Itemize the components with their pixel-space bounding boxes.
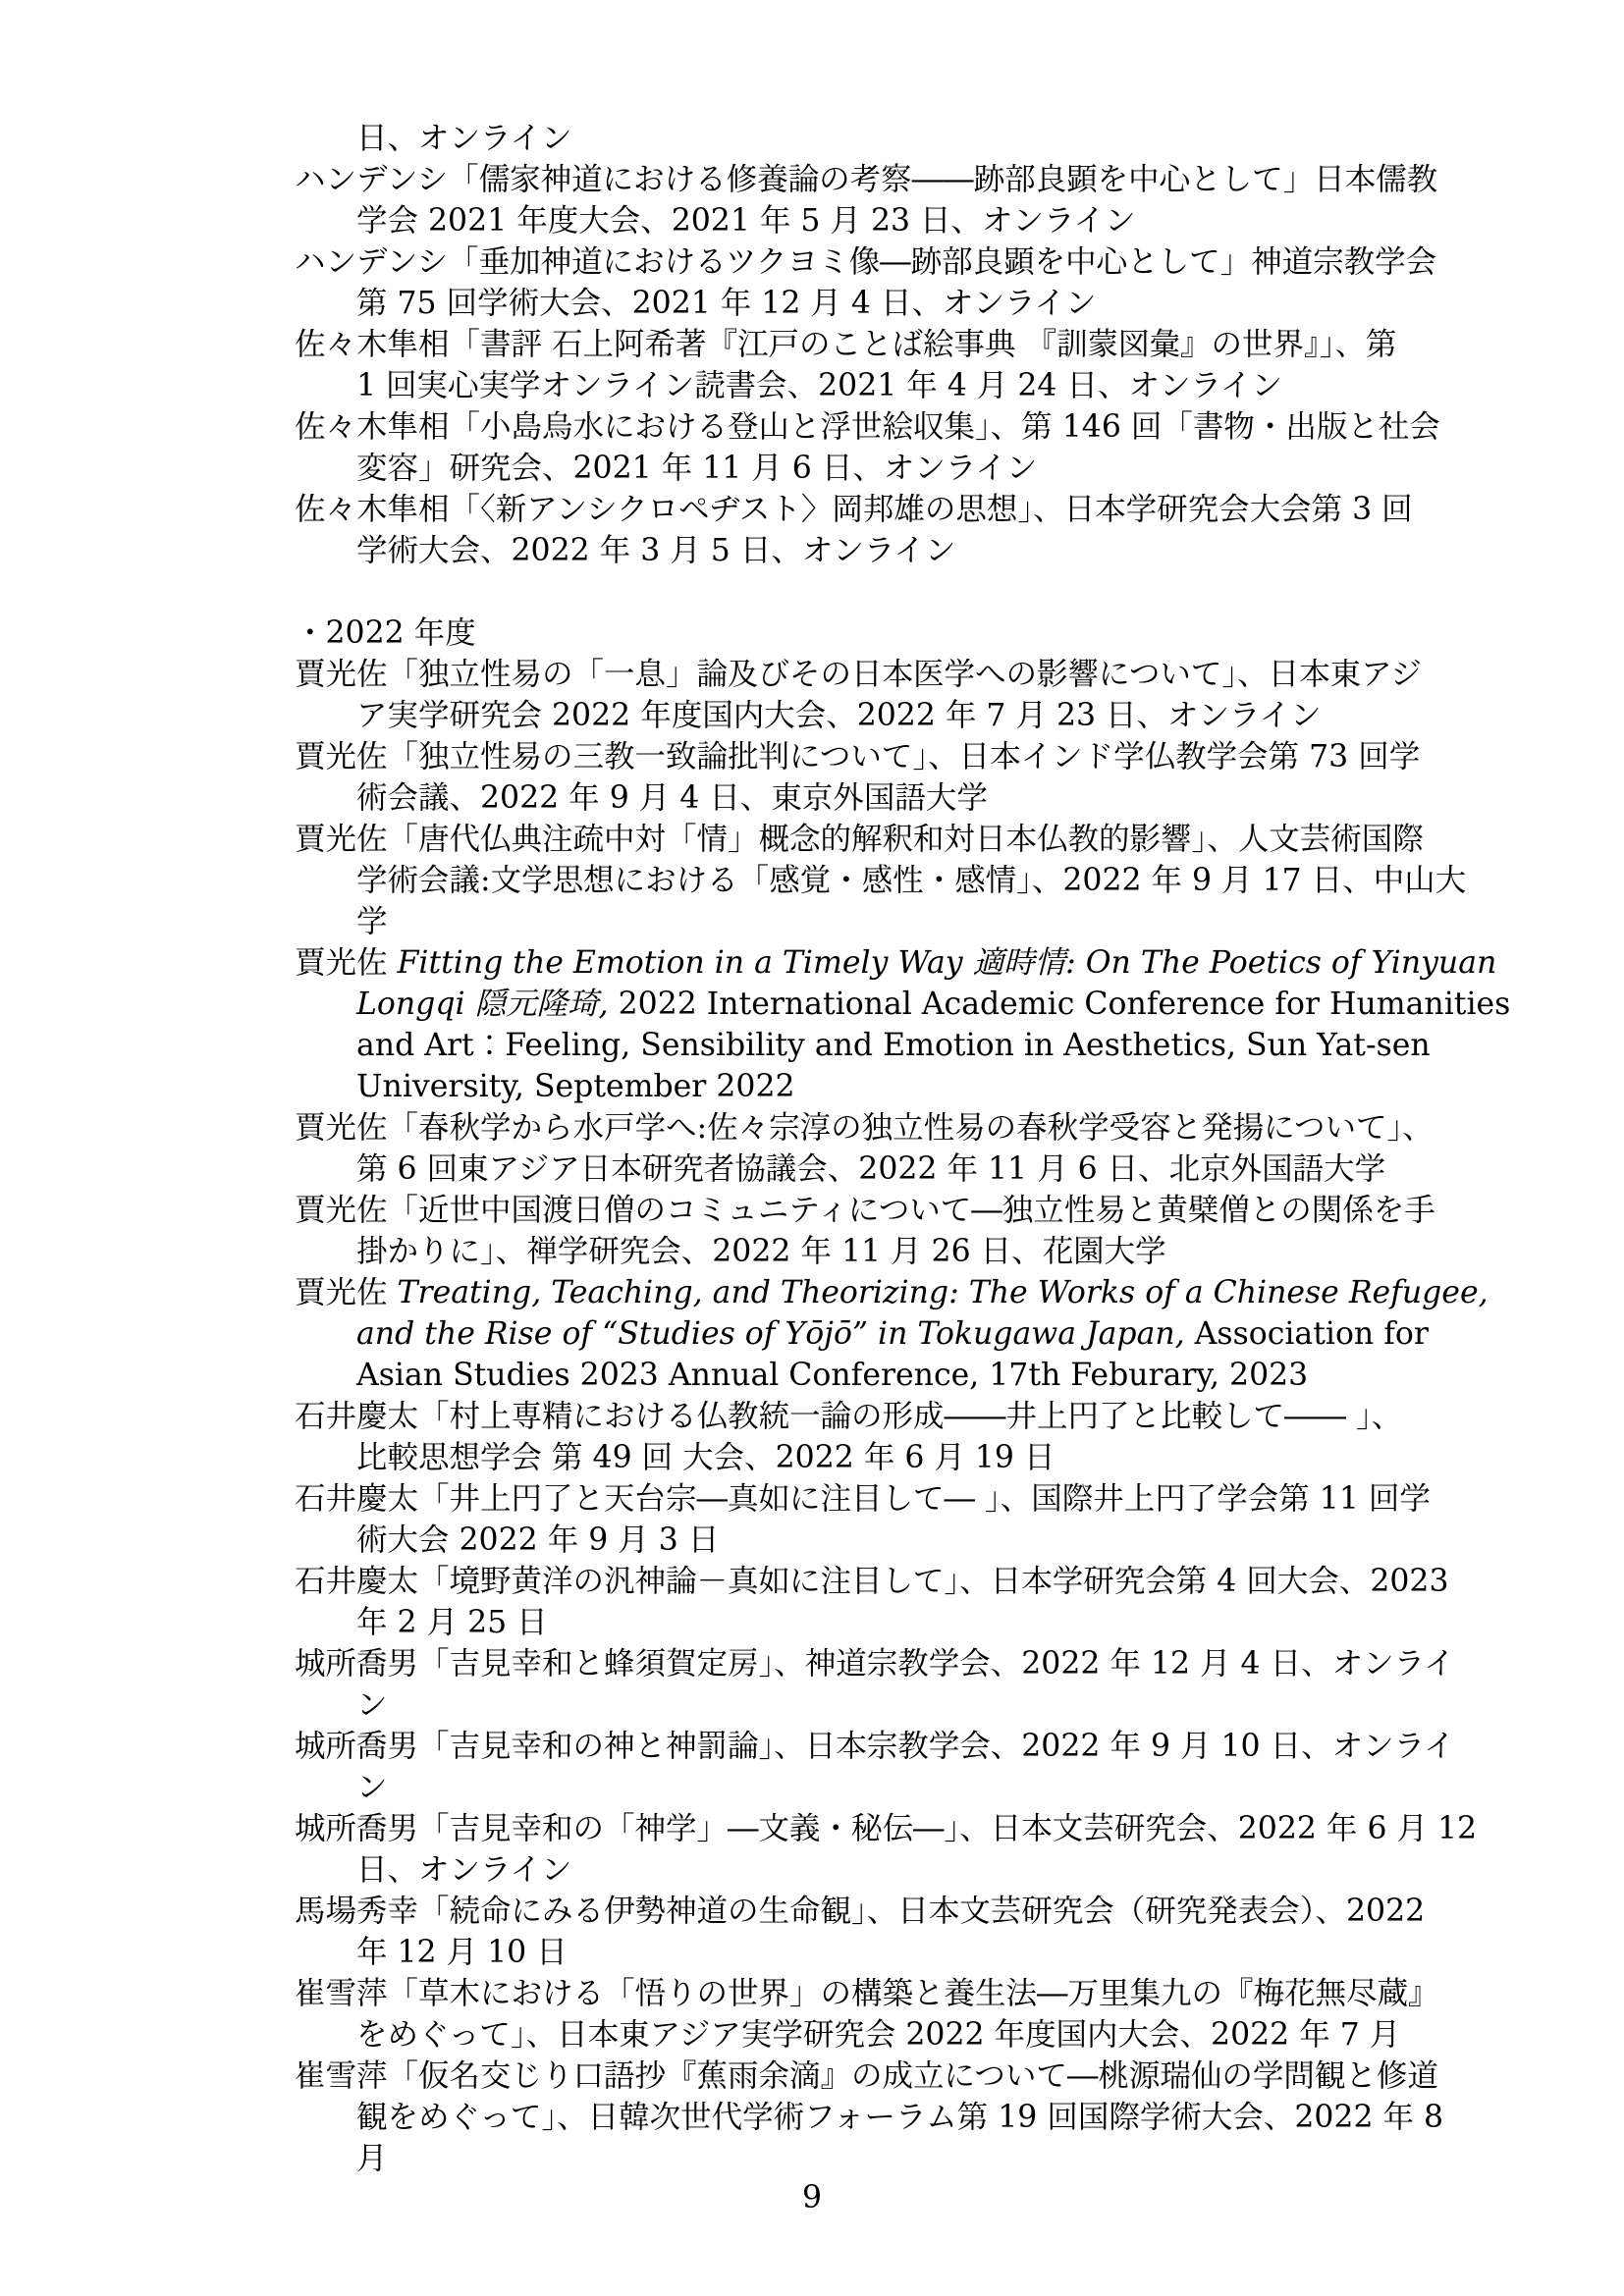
document-line: 術会議、2022 年 9 月 4 日、東京外国語大学 bbox=[295, 777, 1551, 819]
text-segment: 1 回実心実学オンライン読書会、2021 年 4 月 24 日、オンライン bbox=[356, 368, 1282, 403]
document-line: をめぐって」、日本東アジア実学研究会 2022 年度国内大会、2022 年 7 … bbox=[295, 2014, 1551, 2056]
text-segment: Asian Studies 2023 Annual Conference, 17… bbox=[356, 1358, 1308, 1393]
document-line: 変容」研究会、2021 年 11 月 6 日、オンライン bbox=[295, 448, 1551, 489]
text-segment: 賈光佐「唐代仏典注疏中対「情」概念的解釈和対日本仏教的影響」、人文芸術国際 bbox=[295, 822, 1424, 857]
document-line: 術大会 2022 年 9 月 3 日 bbox=[295, 1520, 1551, 1561]
document-line: ・2022 年度 bbox=[295, 613, 1551, 654]
document-line: Asian Studies 2023 Annual Conference, 17… bbox=[295, 1355, 1551, 1396]
text-segment: 佐々木隼相「〈新アンシクロペヂスト〉岡邦雄の思想」、日本学研究会大会第 3 回 bbox=[295, 492, 1413, 527]
text-segment: 石井慶太「村上専精における仏教統一論の形成――井上円了と比較して―― 」、 bbox=[295, 1399, 1402, 1434]
document-lines: 日、オンラインハンデンシ「儒家神道における修養論の考察――跡部良顕を中心として」… bbox=[295, 118, 1551, 2179]
text-segment: 賈光佐「近世中国渡日僧のコミュニティについて―独立性易と黄檗僧との関係を手 bbox=[295, 1193, 1435, 1228]
text-segment: 学会 2021 年度大会、2021 年 5 月 23 日、オンライン bbox=[356, 203, 1136, 239]
document-line: ハンデンシ「儒家神道における修養論の考察――跡部良顕を中心として」日本儒教 bbox=[295, 159, 1551, 200]
document-line: 佐々木隼相「小島烏水における登山と浮世絵収集」、第 146 回「書物・出版と社会 bbox=[295, 406, 1551, 448]
page-number: 9 bbox=[0, 2180, 1624, 2216]
text-segment: 馬場秀幸「続命にみる伊勢神道の生命観」、日本文芸研究会（研究発表会）、2022 bbox=[295, 1894, 1425, 1929]
text-segment: ン bbox=[356, 1770, 388, 1805]
text-segment: 賈光佐「独立性易の三教一致論批判について」、日本インド学仏教学会第 73 回学 bbox=[295, 739, 1420, 774]
document-line: 賈光佐「独立性易の「一息」論及びその日本医学への影響について」、日本東アジ bbox=[295, 654, 1551, 695]
document-line: 1 回実心実学オンライン読書会、2021 年 4 月 24 日、オンライン bbox=[295, 365, 1551, 406]
text-segment: 年 12 月 10 日 bbox=[356, 1935, 568, 1970]
document-line: and the Rise of “Studies of Yōjō” in Tok… bbox=[295, 1313, 1551, 1355]
text-segment: 月 bbox=[356, 2141, 388, 2176]
text-segment: ハンデンシ「垂加神道におけるツクヨミ像―跡部良顕を中心として」神道宗教学会 bbox=[295, 244, 1436, 280]
text-segment: 比較思想学会 第 49 回 大会、2022 年 6 月 19 日 bbox=[356, 1440, 1056, 1475]
text-segment: 石井慶太「井上円了と天台宗―真如に注目して― 」、国際井上円了学会第 11 回学 bbox=[295, 1481, 1431, 1517]
document-line: 賈光佐「唐代仏典注疏中対「情」概念的解釈和対日本仏教的影響」、人文芸術国際 bbox=[295, 819, 1551, 860]
document-line: 学 bbox=[295, 901, 1551, 942]
text-segment: Fitting the Emotion in a Timely Way 適時情:… bbox=[398, 945, 1497, 981]
document-line: 第 75 回学術大会、2021 年 12 月 4 日、オンライン bbox=[295, 283, 1551, 324]
text-segment: Association for bbox=[1185, 1316, 1429, 1352]
blank-line bbox=[295, 571, 1551, 613]
document-line: 城所喬男「吉見幸和の「神学」―文義・秘伝―」、日本文芸研究会、2022 年 6 … bbox=[295, 1808, 1551, 1849]
text-segment: 学術大会、2022 年 3 月 5 日、オンライン bbox=[356, 533, 955, 568]
document-line: 賈光佐「独立性易の三教一致論批判について」、日本インド学仏教学会第 73 回学 bbox=[295, 736, 1551, 777]
text-segment: 術大会 2022 年 9 月 3 日 bbox=[356, 1522, 719, 1558]
text-segment: 年 2 月 25 日 bbox=[356, 1605, 548, 1640]
text-segment: 佐々木隼相「小島烏水における登山と浮世絵収集」、第 146 回「書物・出版と社会 bbox=[295, 409, 1440, 445]
text-segment: Longqi 隠元隆琦, bbox=[356, 987, 609, 1022]
text-segment: ・2022 年度 bbox=[295, 615, 476, 651]
document-line: 賈光佐「春秋学から水戸学へ:佐々宗淳の独立性易の春秋学受容と発揚について」、 bbox=[295, 1107, 1551, 1148]
document-line: 石井慶太「井上円了と天台宗―真如に注目して― 」、国際井上円了学会第 11 回学 bbox=[295, 1478, 1551, 1520]
text-segment: 崔雪萍「仮名交じり口語抄『蕉雨余滴』の成立について―桃源瑞仙の学問観と修道 bbox=[295, 2058, 1438, 2094]
document-line: ハンデンシ「垂加神道におけるツクヨミ像―跡部良顕を中心として」神道宗教学会 bbox=[295, 241, 1551, 283]
text-segment: 第 6 回東アジア日本研究者協議会、2022 年 11 月 6 日、北京外国語大… bbox=[356, 1151, 1385, 1187]
text-segment: Treating, Teaching, and Theorizing: The … bbox=[398, 1275, 1489, 1310]
text-segment: and Art：Feeling, Sensibility and Emotion… bbox=[356, 1028, 1431, 1063]
document-line: University, September 2022 bbox=[295, 1066, 1551, 1107]
document-line: 城所喬男「吉見幸和の神と神罰論」、日本宗教学会、2022 年 9 月 10 日、… bbox=[295, 1726, 1551, 1767]
text-segment: ア実学研究会 2022 年度国内大会、2022 年 7 月 23 日、オンライン bbox=[356, 698, 1322, 733]
text-segment: 賈光佐 bbox=[295, 1275, 398, 1310]
document-line: ン bbox=[295, 1684, 1551, 1726]
text-segment: 賈光佐 bbox=[295, 945, 398, 981]
document-line: 崔雪萍「仮名交じり口語抄『蕉雨余滴』の成立について―桃源瑞仙の学問観と修道 bbox=[295, 2056, 1551, 2097]
document-line: 比較思想学会 第 49 回 大会、2022 年 6 月 19 日 bbox=[295, 1437, 1551, 1478]
text-segment: 第 75 回学術大会、2021 年 12 月 4 日、オンライン bbox=[356, 286, 1097, 321]
text-segment: 掛かりに」、禅学研究会、2022 年 11 月 26 日、花園大学 bbox=[356, 1234, 1166, 1269]
document-line: Longqi 隠元隆琦, 2022 International Academic… bbox=[295, 984, 1551, 1025]
text-segment: 賈光佐「独立性易の「一息」論及びその日本医学への影響について」、日本東アジ bbox=[295, 657, 1422, 692]
document-line: 石井慶太「境野黄洋の汎神論－真如に注目して」、日本学研究会第 4 回大会、202… bbox=[295, 1561, 1551, 1602]
document-page: 日、オンラインハンデンシ「儒家神道における修養論の考察――跡部良顕を中心として」… bbox=[0, 0, 1624, 2296]
text-segment: 学 bbox=[356, 904, 388, 939]
text-segment: 城所喬男「吉見幸和の「神学」―文義・秘伝―」、日本文芸研究会、2022 年 6 … bbox=[295, 1811, 1477, 1846]
document-line: and Art：Feeling, Sensibility and Emotion… bbox=[295, 1025, 1551, 1066]
document-line: 賈光佐 Treating, Teaching, and Theorizing: … bbox=[295, 1272, 1551, 1313]
document-line: ア実学研究会 2022 年度国内大会、2022 年 7 月 23 日、オンライン bbox=[295, 695, 1551, 736]
document-line: 学会 2021 年度大会、2021 年 5 月 23 日、オンライン bbox=[295, 200, 1551, 241]
document-line: 日、オンライン bbox=[295, 1849, 1551, 1891]
text-segment: ン bbox=[356, 1687, 388, 1723]
text-segment: 日、オンライン bbox=[356, 121, 572, 156]
text-segment: をめぐって」、日本東アジア実学研究会 2022 年度国内大会、2022 年 7 … bbox=[356, 2017, 1400, 2053]
text-segment: 佐々木隼相「書評 石上阿希著『江戸のことば絵事典 『訓蒙図彙』の世界』」、第 bbox=[295, 327, 1397, 362]
document-line: 第 6 回東アジア日本研究者協議会、2022 年 11 月 6 日、北京外国語大… bbox=[295, 1148, 1551, 1190]
document-line: 日、オンライン bbox=[295, 118, 1551, 159]
text-segment: ハンデンシ「儒家神道における修養論の考察――跡部良顕を中心として」日本儒教 bbox=[295, 162, 1437, 197]
document-line: 馬場秀幸「続命にみる伊勢神道の生命観」、日本文芸研究会（研究発表会）、2022 bbox=[295, 1891, 1551, 1932]
text-segment: 2022 International Academic Conference f… bbox=[609, 987, 1511, 1022]
text-segment: 崔雪萍「草木における「悟りの世界」の構築と養生法―万里集九の『梅花無尽蔵』 bbox=[295, 1976, 1439, 2011]
document-line: 賈光佐「近世中国渡日僧のコミュニティについて―独立性易と黄檗僧との関係を手 bbox=[295, 1190, 1551, 1231]
document-line: 年 2 月 25 日 bbox=[295, 1602, 1551, 1643]
text-segment: and the Rise of “Studies of Yōjō” in Tok… bbox=[356, 1316, 1185, 1352]
document-line: 崔雪萍「草木における「悟りの世界」の構築と養生法―万里集九の『梅花無尽蔵』 bbox=[295, 1973, 1551, 2014]
document-line: 佐々木隼相「書評 石上阿希著『江戸のことば絵事典 『訓蒙図彙』の世界』」、第 bbox=[295, 324, 1551, 365]
document-line: 掛かりに」、禅学研究会、2022 年 11 月 26 日、花園大学 bbox=[295, 1231, 1551, 1272]
document-line: 賈光佐 Fitting the Emotion in a Timely Way … bbox=[295, 942, 1551, 984]
document-line: 学術会議:文学思想における「感覚・感性・感情」、2022 年 9 月 17 日、… bbox=[295, 860, 1551, 901]
document-line: 観をめぐって」、日韓次世代学術フォーラム第 19 回国際学術大会、2022 年 … bbox=[295, 2097, 1551, 2138]
text-segment: University, September 2022 bbox=[356, 1069, 795, 1104]
text-segment: 術会議、2022 年 9 月 4 日、東京外国語大学 bbox=[356, 780, 988, 816]
text-segment: 城所喬男「吉見幸和と蜂須賀定房」、神道宗教学会、2022 年 12 月 4 日、… bbox=[295, 1646, 1455, 1682]
document-line: 城所喬男「吉見幸和と蜂須賀定房」、神道宗教学会、2022 年 12 月 4 日、… bbox=[295, 1643, 1551, 1684]
document-line: 年 12 月 10 日 bbox=[295, 1932, 1551, 1973]
text-segment: 変容」研究会、2021 年 11 月 6 日、オンライン bbox=[356, 451, 1037, 486]
document-line: 佐々木隼相「〈新アンシクロペヂスト〉岡邦雄の思想」、日本学研究会大会第 3 回 bbox=[295, 489, 1551, 530]
document-line: 石井慶太「村上専精における仏教統一論の形成――井上円了と比較して―― 」、 bbox=[295, 1396, 1551, 1437]
text-segment: 学術会議:文学思想における「感覚・感性・感情」、2022 年 9 月 17 日、… bbox=[356, 863, 1466, 898]
text-segment: 日、オンライン bbox=[356, 1852, 572, 1888]
document-line: ン bbox=[295, 1767, 1551, 1808]
text-segment: 賈光佐「春秋学から水戸学へ:佐々宗淳の独立性易の春秋学受容と発揚について」、 bbox=[295, 1110, 1434, 1146]
text-segment: 石井慶太「境野黄洋の汎神論－真如に注目して」、日本学研究会第 4 回大会、202… bbox=[295, 1564, 1449, 1599]
text-segment: 観をめぐって」、日韓次世代学術フォーラム第 19 回国際学術大会、2022 年 … bbox=[356, 2100, 1443, 2135]
document-line: 月 bbox=[295, 2138, 1551, 2179]
document-line: 学術大会、2022 年 3 月 5 日、オンライン bbox=[295, 530, 1551, 571]
text-segment: 城所喬男「吉見幸和の神と神罰論」、日本宗教学会、2022 年 9 月 10 日、… bbox=[295, 1729, 1455, 1764]
